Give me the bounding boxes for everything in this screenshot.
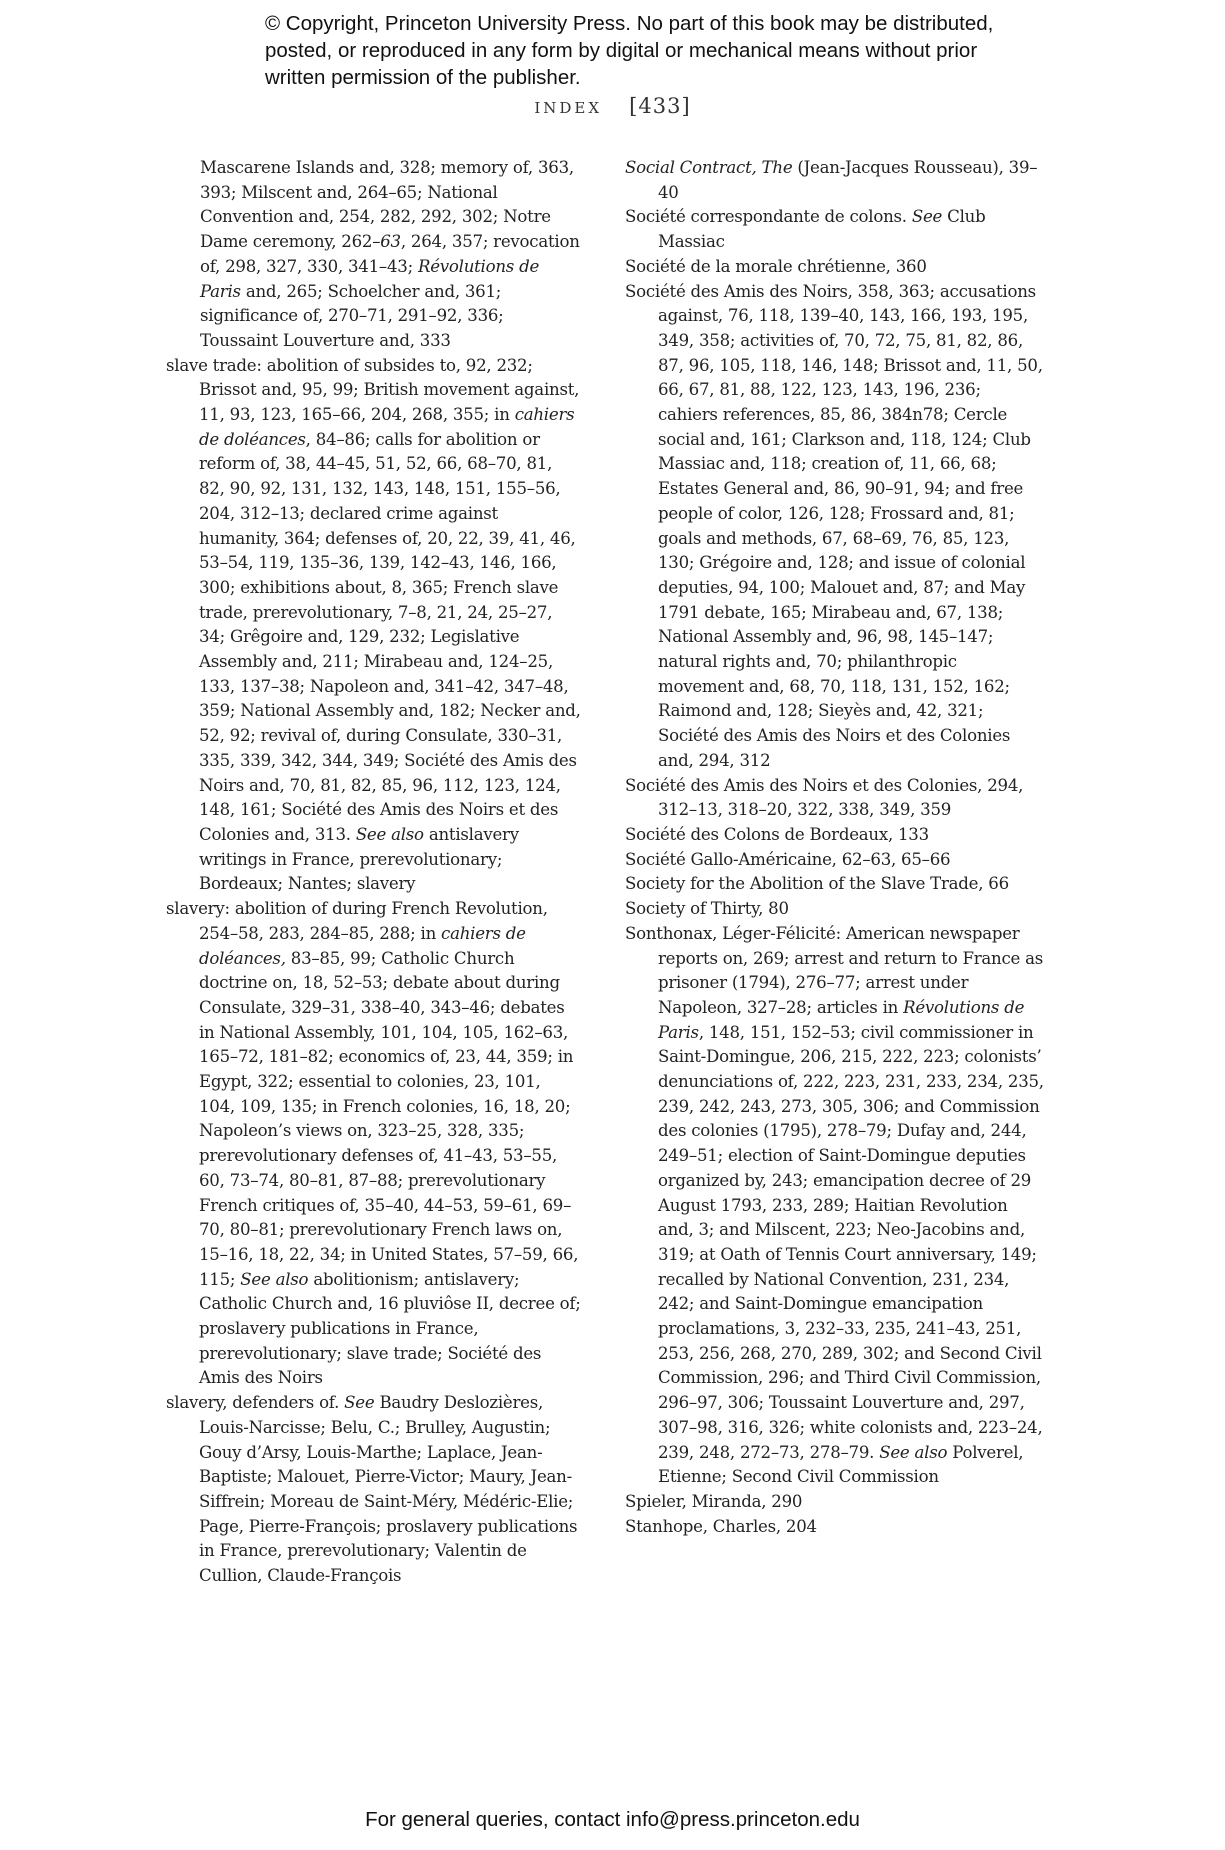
entry-text: Société des Amis des Noirs et des Coloni… xyxy=(625,776,1023,820)
index-entry: Société de la morale chrétienne, 360 xyxy=(625,255,1045,280)
page-number: [433] xyxy=(629,94,690,118)
italic-text: See also xyxy=(879,1443,947,1462)
index-entry: Société des Amis des Noirs et des Coloni… xyxy=(625,774,1045,823)
entry-text: Society of Thirty, 80 xyxy=(625,899,789,918)
running-head: INDEX [433] xyxy=(0,94,1225,118)
entry-text: , 148, 151, 152–53; civil commissioner i… xyxy=(658,1023,1044,1462)
italic-text: 63 xyxy=(380,232,401,251)
entry-text: Société des Amis des Noirs, 358, 363; ac… xyxy=(625,282,1043,770)
italic-text: See also xyxy=(240,1270,308,1289)
entry-text: Société Gallo-Américaine, 62–63, 65–66 xyxy=(625,850,950,869)
italic-text: Social Contract, The xyxy=(625,158,792,177)
entry-text: Société correspondante de colons. xyxy=(625,207,912,226)
index-entry: slavery, defenders of. See Baudry Desloz… xyxy=(166,1391,581,1589)
index-entry: slavery: abolition of during French Revo… xyxy=(166,897,581,1391)
italic-text: See xyxy=(344,1393,374,1412)
entry-text: Société de la morale chrétienne, 360 xyxy=(625,257,927,276)
index-entry: Société des Amis des Noirs, 358, 363; ac… xyxy=(625,280,1045,774)
index-entry: Sonthonax, Léger-Félicité: American news… xyxy=(625,922,1045,1490)
entry-text: Society for the Abolition of the Slave T… xyxy=(625,874,1009,893)
entry-text: Société des Colons de Bordeaux, 133 xyxy=(625,825,929,844)
index-entry: Société correspondante de colons. See Cl… xyxy=(625,205,1045,254)
index-entry: Stanhope, Charles, 204 xyxy=(625,1515,1045,1540)
copyright-notice: © Copyright, Princeton University Press.… xyxy=(265,10,1005,91)
entry-text: 83–85, 99; Catholic Church doctrine on, … xyxy=(199,949,578,1289)
entry-text: and, 265; Schoelcher and, 361; significa… xyxy=(200,282,504,350)
entry-text: Stanhope, Charles, 204 xyxy=(625,1517,817,1536)
entry-text: , 84–86; calls for abolition or reform o… xyxy=(199,430,581,844)
index-entry: Society for the Abolition of the Slave T… xyxy=(625,872,1045,897)
index-entry: Société Gallo-Américaine, 62–63, 65–66 xyxy=(625,848,1045,873)
entry-text: slavery, defenders of. xyxy=(166,1393,344,1412)
index-entry: Society of Thirty, 80 xyxy=(625,897,1045,922)
entry-text: Baudry Deslozières, Louis-Narcisse; Belu… xyxy=(199,1393,577,1585)
index-entry: Mascarene Islands and, 328; memory of, 3… xyxy=(166,156,581,354)
footer-contact: For general queries, contact info@press.… xyxy=(0,1808,1225,1832)
entry-text: Spieler, Miranda, 290 xyxy=(625,1492,802,1511)
index-entry: Social Contract, The (Jean-Jacques Rouss… xyxy=(625,156,1045,205)
italic-text: See xyxy=(912,207,942,226)
italic-text: See also xyxy=(356,825,424,844)
index-entry: Société des Colons de Bordeaux, 133 xyxy=(625,823,1045,848)
index-entry: slave trade: abolition of subsides to, 9… xyxy=(166,354,581,897)
index-entry: Spieler, Miranda, 290 xyxy=(625,1490,1045,1515)
index-column-right: Social Contract, The (Jean-Jacques Rouss… xyxy=(625,156,1045,1539)
index-column-left: Mascarene Islands and, 328; memory of, 3… xyxy=(166,156,581,1589)
running-head-label: INDEX xyxy=(534,99,602,117)
